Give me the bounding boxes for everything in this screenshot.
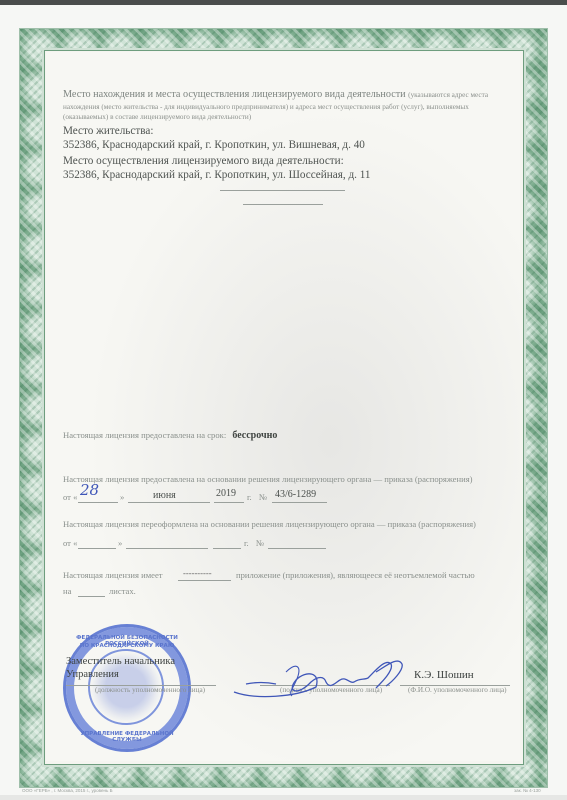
appendix-sheets-line <box>78 596 105 597</box>
separator-line <box>220 190 345 191</box>
reissued-from-prefix: от « <box>63 538 77 548</box>
appendix-count-line <box>178 580 231 581</box>
reissued-basis-text: Настоящая лицензия переоформлена на осно… <box>63 519 476 529</box>
reissued-day-line <box>78 548 116 549</box>
granted-number: 43/6-1289 <box>275 489 316 500</box>
term-value: бессрочно <box>232 430 277 441</box>
granted-day: 28 <box>80 481 99 499</box>
appendix-count: ---------- <box>183 568 212 578</box>
granted-month-line <box>128 502 210 503</box>
granted-month: июня <box>153 490 176 501</box>
residence-address: 352386, Краснодарский край, г. Кропоткин… <box>63 139 365 151</box>
reissued-month-line <box>126 548 208 549</box>
granted-day-line <box>78 502 118 503</box>
appendix-on: на <box>63 586 71 596</box>
granted-from-prefix: от « <box>63 492 77 502</box>
seal-ring-text-bottom: УПРАВЛЕНИЕ ФЕДЕРАЛЬНОЙ СЛУЖБЫ <box>66 731 188 743</box>
handwritten-signature <box>226 652 436 702</box>
reissued-number-sign: № <box>256 538 264 548</box>
granted-year-line <box>214 502 244 503</box>
activity-place-address: 352386, Краснодарский край, г. Кропоткин… <box>63 169 371 181</box>
section-title-note-line-3: (оказываемых) в составе лицензируемого в… <box>63 113 251 121</box>
term-row: Настоящая лицензия предоставлена на срок… <box>63 430 277 441</box>
appendix-sheets: листах. <box>109 586 136 596</box>
activity-place-label: Место осуществления лицензируемого вида … <box>63 155 344 167</box>
order-number-footer: зак. № 4-130 <box>514 788 541 793</box>
section-title-note-line-2: нахождения (место жительства - для индив… <box>63 103 469 111</box>
signatory-position-line-2: Управления <box>66 669 119 680</box>
signatory-position-line-1: Заместитель начальника <box>66 656 175 667</box>
name-caption: (Ф.И.О. уполномоченного лица) <box>408 686 507 694</box>
position-caption: (должность уполномоченного лица) <box>95 686 205 694</box>
granted-year-suffix: г. <box>247 492 252 502</box>
reissued-year-suffix: г. <box>244 538 249 548</box>
appendix-text-before: Настоящая лицензия имеет <box>63 570 163 580</box>
section-title-note: (указываются адрес места <box>408 91 488 99</box>
appendix-text-after: приложение (приложения), являющееся её н… <box>236 570 475 580</box>
granted-basis-text: Настоящая лицензия предоставлена на осно… <box>63 474 473 484</box>
section-title: Место нахождения и места осуществления л… <box>63 89 488 100</box>
granted-year: 2019 <box>216 488 236 499</box>
reissued-number-line <box>268 548 326 549</box>
granted-number-line <box>272 502 327 503</box>
term-label: Настоящая лицензия предоставлена на срок… <box>63 430 226 440</box>
separator-line-short <box>243 204 323 205</box>
reissued-year-line <box>213 548 241 549</box>
residence-label: Место жительства: <box>63 125 153 137</box>
scan-bottom-edge <box>0 795 567 800</box>
reissued-quote-close: » <box>118 538 122 548</box>
signatory-name: К.Э. Шошин <box>414 669 474 681</box>
granted-quote-close: » <box>120 492 124 502</box>
section-title-main: Место нахождения и места осуществления л… <box>63 89 406 100</box>
granted-number-sign: № <box>259 492 267 502</box>
printer-footer: ООО «ГЕРБ» , г. Москва, 2015 г., уровень… <box>22 788 113 793</box>
